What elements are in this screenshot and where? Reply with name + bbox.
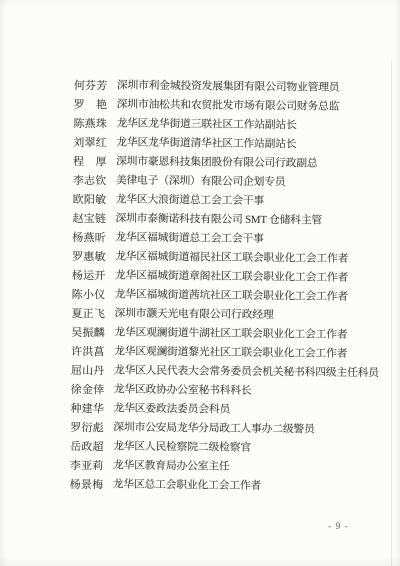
person-name: 陈小仪 <box>72 285 107 301</box>
person-title: 深圳市利金城投资发展集团有限公司物业管理员 <box>117 77 340 94</box>
person-name: 刘翠红 <box>73 133 108 149</box>
person-title: 龙华区福城街道福民社区工联会职业化工会工作者 <box>115 248 348 265</box>
person-name: 李亚莉 <box>70 456 105 472</box>
person-title: 龙华区人民检察院二级检察官 <box>113 438 251 454</box>
person-name: 吴振麟 <box>71 323 106 339</box>
person-name: 罗衍彪 <box>70 418 105 434</box>
person-name: 李志钦 <box>73 171 108 187</box>
person-name: 杨运开 <box>72 266 107 282</box>
person-title: 龙华区政协办公室秘书科科长 <box>114 381 252 397</box>
person-name: 罗 艳 <box>74 95 109 111</box>
person-name: 杨景梅 <box>70 475 105 491</box>
person-title: 龙华区龙华街道三联社区工作站副站长 <box>116 115 296 132</box>
person-name: 徐金倖 <box>71 380 106 396</box>
person-title: 深圳市泰衡诺科技有限公司 SMT 仓储科主管 <box>115 210 322 227</box>
person-name: 程 厚 <box>73 152 108 168</box>
person-title: 龙华区福城街道总工会工会干事 <box>115 229 264 246</box>
person-name: 何芬芳 <box>74 76 109 92</box>
person-title: 龙华区教育局办公室主任 <box>113 457 230 473</box>
person-name: 陈燕珠 <box>73 114 108 130</box>
person-title: 深圳市灏天光电有限公司行政经理 <box>114 305 273 322</box>
person-title: 龙华区委政法委员会科员 <box>113 400 230 416</box>
person-name: 杨燕昕 <box>72 228 107 244</box>
person-name: 赵宝链 <box>72 209 107 225</box>
person-title: 龙华区龙华街道清华社区工作站副站长 <box>116 134 296 151</box>
person-title: 深圳市油松共和农贸批发市场有限公司财务总监 <box>117 96 340 113</box>
person-title: 龙华区人民代表大会常务委员会机关秘书科四级主任科员 <box>114 362 379 380</box>
person-name: 罗惠敏 <box>72 247 107 263</box>
person-title: 龙华区总工会职业化工会工作者 <box>113 476 262 493</box>
person-name: 岳政超 <box>70 437 105 453</box>
scanned-document-page: 何芬芳 深圳市利金城投资发展集团有限公司物业管理员 罗 艳 深圳市油松共和农贸批… <box>0 0 400 566</box>
page-number: - 9 - <box>328 522 349 532</box>
person-title: 龙华区观澜街道黎光社区工联会职业化工会工作者 <box>114 343 347 360</box>
person-name: 欧阳敏 <box>73 190 108 206</box>
person-title: 龙华区观澜街道牛湖社区工联会职业化工会工作者 <box>114 324 347 341</box>
person-title: 深圳市豪恩科技集团股份有限公司行政副总 <box>116 153 317 170</box>
person-name: 许洪菖 <box>71 342 106 358</box>
person-name: 屈山丹 <box>71 361 106 377</box>
personnel-roster-list: 何芬芳 深圳市利金城投资发展集团有限公司物业管理员 罗 艳 深圳市油松共和农贸批… <box>70 75 382 496</box>
scan-edge-artifact <box>391 60 392 566</box>
person-name: 夏正飞 <box>71 304 106 320</box>
person-title: 深圳市公安局龙华分局政工人事办二级警员 <box>113 419 314 436</box>
person-title: 龙华区大浪街道总工会工会干事 <box>116 191 265 208</box>
person-title: 美律电子（深圳）有限公司企划专员 <box>116 172 286 189</box>
person-title: 龙华区福城街道章阁社区工联会职业化工会工作者 <box>115 267 348 284</box>
roster-row: 杨景梅 龙华区总工会职业化工会工作者 <box>70 474 378 496</box>
person-title: 龙华区福城街道茜坑社区工联会职业化工会工作者 <box>115 286 348 303</box>
person-name: 种建华 <box>70 399 105 415</box>
